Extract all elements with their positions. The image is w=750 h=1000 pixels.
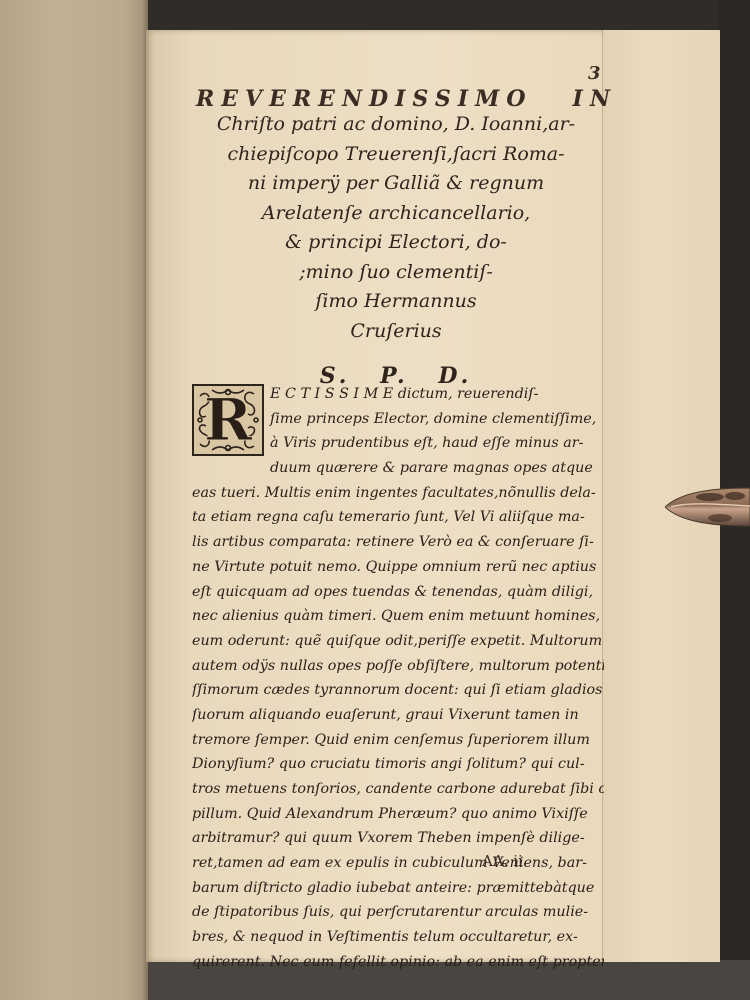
heading-caps-part2: IN bbox=[573, 86, 617, 112]
dedication-line: ;mino ſuo clementiſ- bbox=[186, 258, 606, 288]
dedication-address: Chriſto patri ac domino, D. Ioanni,ar- c… bbox=[186, 110, 606, 346]
facing-page-left bbox=[0, 0, 148, 1000]
body-line: tremore ſemper. Quid enim cenſemus ſuper… bbox=[192, 728, 604, 753]
body-line: Dionyſium? quo cruciatu timoris angi ſol… bbox=[192, 752, 604, 777]
body-line: ſuorum aliquando euaſerunt, graui Vixeru… bbox=[192, 703, 604, 728]
metal-page-clip bbox=[665, 484, 750, 530]
dedication-heading: REVERENDISSIMOIN bbox=[196, 86, 606, 112]
dedication-line: & principi Electori, do- bbox=[186, 228, 606, 258]
body-line: nec alienius quàm timeri. Quem enim metu… bbox=[192, 604, 604, 629]
dedication-line: Cruſerius bbox=[186, 317, 606, 347]
body-line: bres, & nequod in Veſtimentis telum occu… bbox=[192, 925, 604, 950]
body-line: de ſtipatoribus ſuis, qui perſcrutarentu… bbox=[192, 900, 604, 925]
body-paragraph: E C T I S S I M E dictum, reuerendiſ- ſi… bbox=[192, 382, 604, 975]
dedication-line: Chriſto patri ac domino, D. Ioanni,ar- bbox=[186, 110, 606, 140]
body-line: lis artibus comparata: retinere Verò ea … bbox=[192, 530, 604, 555]
body-line: arbitramur? qui quum Vxorem Theben impen… bbox=[192, 826, 604, 851]
body-line: ſime princeps Elector, domine clementiſſ… bbox=[192, 407, 604, 432]
body-line: eſt quicquam ad opes tuendas & tenendas,… bbox=[192, 580, 604, 605]
body-line: ta etiam regna caſu temerario ſunt, Vel … bbox=[192, 505, 604, 530]
body-line: ret,tamen ad eam ex epulis in cubiculum … bbox=[192, 851, 604, 876]
dark-background-top bbox=[145, 0, 750, 32]
body-line: à Viris prudentibus eſt, haud eſſe minus… bbox=[192, 431, 604, 456]
body-line: pillum. Quid Alexandrum Pheræum? quo ani… bbox=[192, 802, 604, 827]
heading-caps-part1: REVERENDISSIMO bbox=[196, 86, 533, 112]
dedication-line: ſimo Hermannus bbox=[186, 287, 606, 317]
body-line: eas tueri. Multis enim ingentes facultat… bbox=[192, 481, 604, 506]
body-line: duum quærere & parare magnas opes atque bbox=[192, 456, 604, 481]
dedication-line: ni imperÿ per Galliã & regnum bbox=[186, 169, 606, 199]
body-line: quirerent. Nec eum fefellit opinio: ab e… bbox=[192, 950, 604, 975]
body-line: eum oderunt: quẽ quiſque odit,periſſe ex… bbox=[192, 629, 604, 654]
dedication-line: Arelatenſe archicancellario, bbox=[186, 199, 606, 229]
body-line: ne Virtute potuit nemo. Quippe omnium re… bbox=[192, 555, 604, 580]
signature-mark: AA. ii. bbox=[482, 852, 528, 870]
book-page: 3 REVERENDISSIMOIN Chriſto patri ac domi… bbox=[146, 30, 720, 962]
metal-clip-icon bbox=[665, 484, 750, 530]
text-block: REVERENDISSIMOIN Chriſto patri ac domino… bbox=[146, 30, 720, 962]
body-line: tros metuens tonſorios, candente carbone… bbox=[192, 777, 604, 802]
body-line: E C T I S S I M E dictum, reuerendiſ- bbox=[192, 382, 604, 407]
dedication-line: chiepiſcopo Treuerenſi,ſacri Roma- bbox=[186, 140, 606, 170]
body-line: barum diſtricto gladio iubebat anteire: … bbox=[192, 876, 604, 901]
body-line: autem odÿs nullas opes poſſe obſiſtere, … bbox=[192, 654, 604, 679]
body-line: ſſimorum cædes tyrannorum docent: qui ſi… bbox=[192, 678, 604, 703]
